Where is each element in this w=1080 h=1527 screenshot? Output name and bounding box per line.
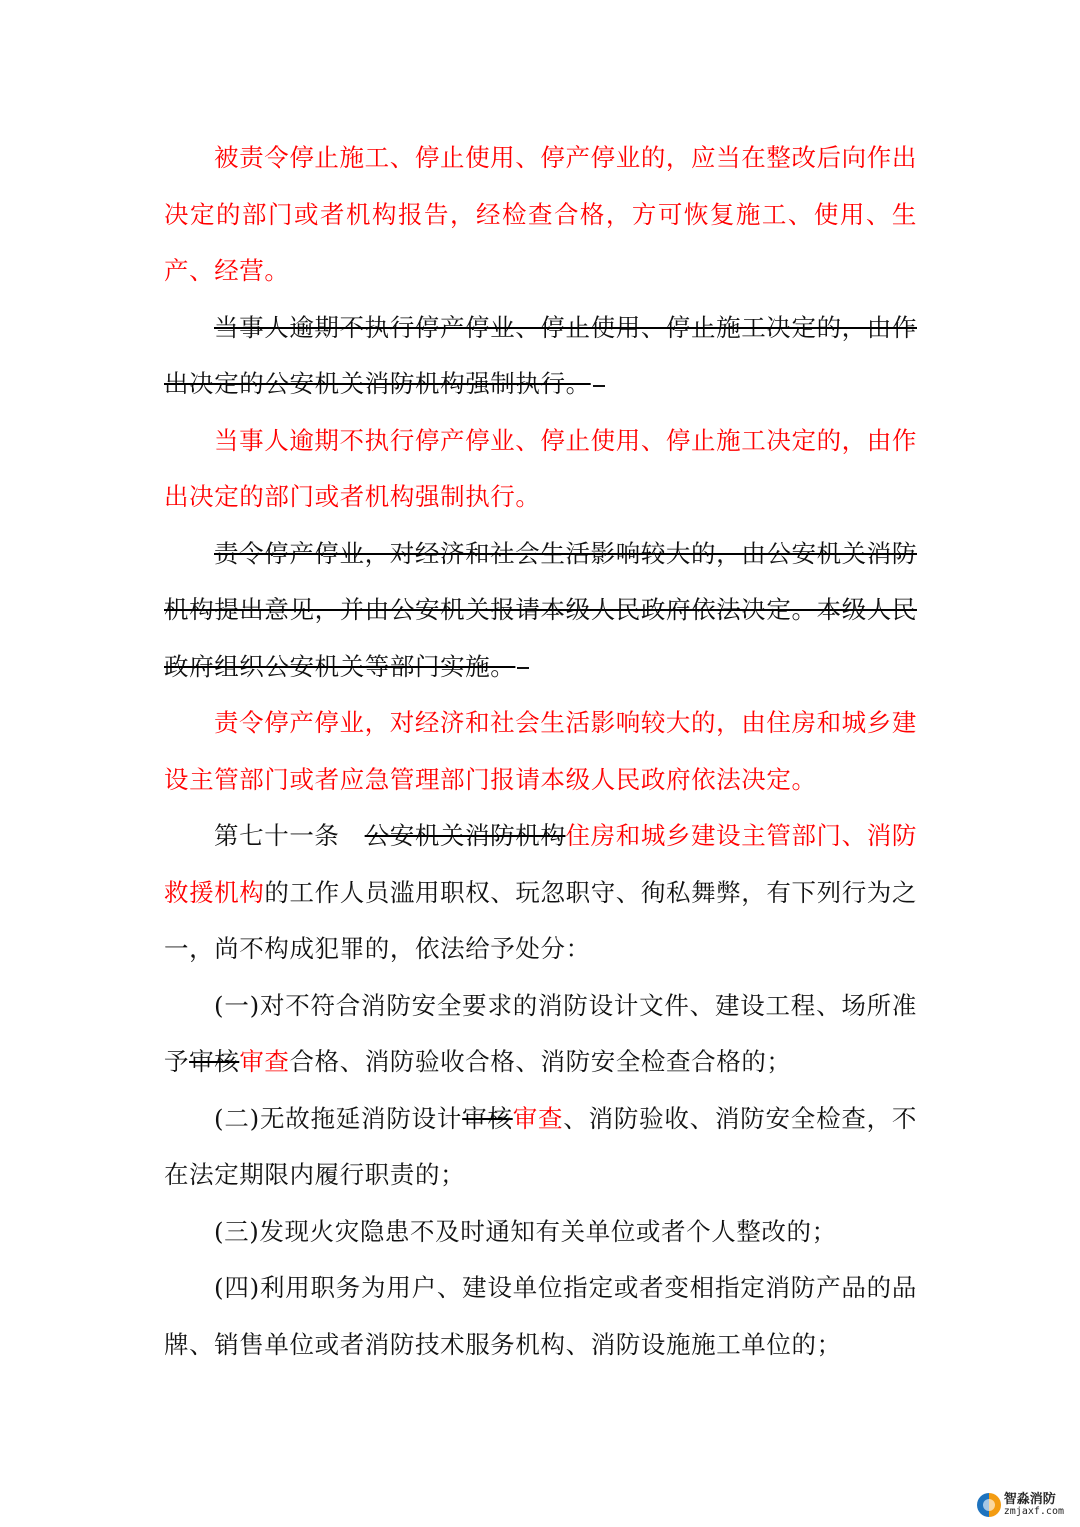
paragraph-deleted-suspension: 责令停产停业，对经济和社会生活影响较大的，由公安机关消防机构提出意见，并由公安机… xyxy=(164,526,917,696)
paragraph-inserted-suspension: 责令停产停业，对经济和社会生活影响较大的，由住房和城乡建设主管部门或者应急管理部… xyxy=(164,695,917,808)
watermark-url: zmjaxf.com xyxy=(1004,1507,1064,1518)
inserted-word: 审查 xyxy=(513,1104,564,1133)
paragraph-article-71: 第七十一条 公安机关消防机构住房和城乡建设主管部门、消防救援机构的工作人员滥用职… xyxy=(164,808,917,978)
paragraph-mark xyxy=(593,385,605,387)
deleted-word: 审核 xyxy=(462,1104,513,1133)
article-label: 第七十一条 xyxy=(214,821,340,850)
paragraph-item-4: (四)利用职务为用户、建设单位指定或者变相指定消防产品的品牌、销售单位或者消防技… xyxy=(164,1260,917,1373)
item-text: 合格、消防验收合格、消防安全检查合格的； xyxy=(290,1047,792,1076)
paragraph-deleted-enforcement: 当事人逾期不执行停产停业、停止使用、停止施工决定的，由作出决定的公安机关消防机构… xyxy=(164,300,917,413)
deleted-text: 责令停产停业，对经济和社会生活影响较大的，由公安机关消防机构提出意见，并由公安机… xyxy=(164,539,917,681)
paragraph-item-2: (二)无故拖延消防设计审核审查、消防验收、消防安全检查，不在法定期限内履行职责的… xyxy=(164,1091,917,1204)
brand-logo-icon xyxy=(977,1493,1001,1517)
item-text: (二)无故拖延消防设计 xyxy=(214,1104,462,1133)
deleted-text: 当事人逾期不执行停产停业、停止使用、停止施工决定的，由作出决定的公安机关消防机构… xyxy=(164,313,917,399)
paragraph-inserted-enforcement: 当事人逾期不执行停产停业、停止使用、停止施工决定的，由作出决定的部门或者机构强制… xyxy=(164,413,917,526)
inserted-word: 审查 xyxy=(239,1047,289,1076)
deleted-word: 审核 xyxy=(189,1047,239,1076)
paragraph-item-3: (三)发现火灾隐患不及时通知有关单位或者个人整改的； xyxy=(164,1204,917,1261)
paragraph-inserted-rectification-report: 被责令停止施工、停止使用、停产停业的，应当在整改后向作出决定的部门或者机构报告，… xyxy=(164,130,917,300)
paragraph-mark xyxy=(517,667,529,669)
watermark: 智淼消防 zmjaxf.com xyxy=(977,1493,1064,1517)
document-page: 被责令停止施工、停止使用、停产停业的，应当在整改后向作出决定的部门或者机构报告，… xyxy=(164,130,917,1373)
watermark-name: 智淼消防 xyxy=(1004,1493,1064,1507)
deleted-subject: 公安机关消防机构 xyxy=(365,821,566,850)
article-body: 的工作人员滥用职权、玩忽职守、徇私舞弊，有下列行为之一，尚不构成犯罪的，依法给予… xyxy=(164,878,917,964)
paragraph-item-1: (一)对不符合消防安全要求的消防设计文件、建设工程、场所准予审核审查合格、消防验… xyxy=(164,978,917,1091)
